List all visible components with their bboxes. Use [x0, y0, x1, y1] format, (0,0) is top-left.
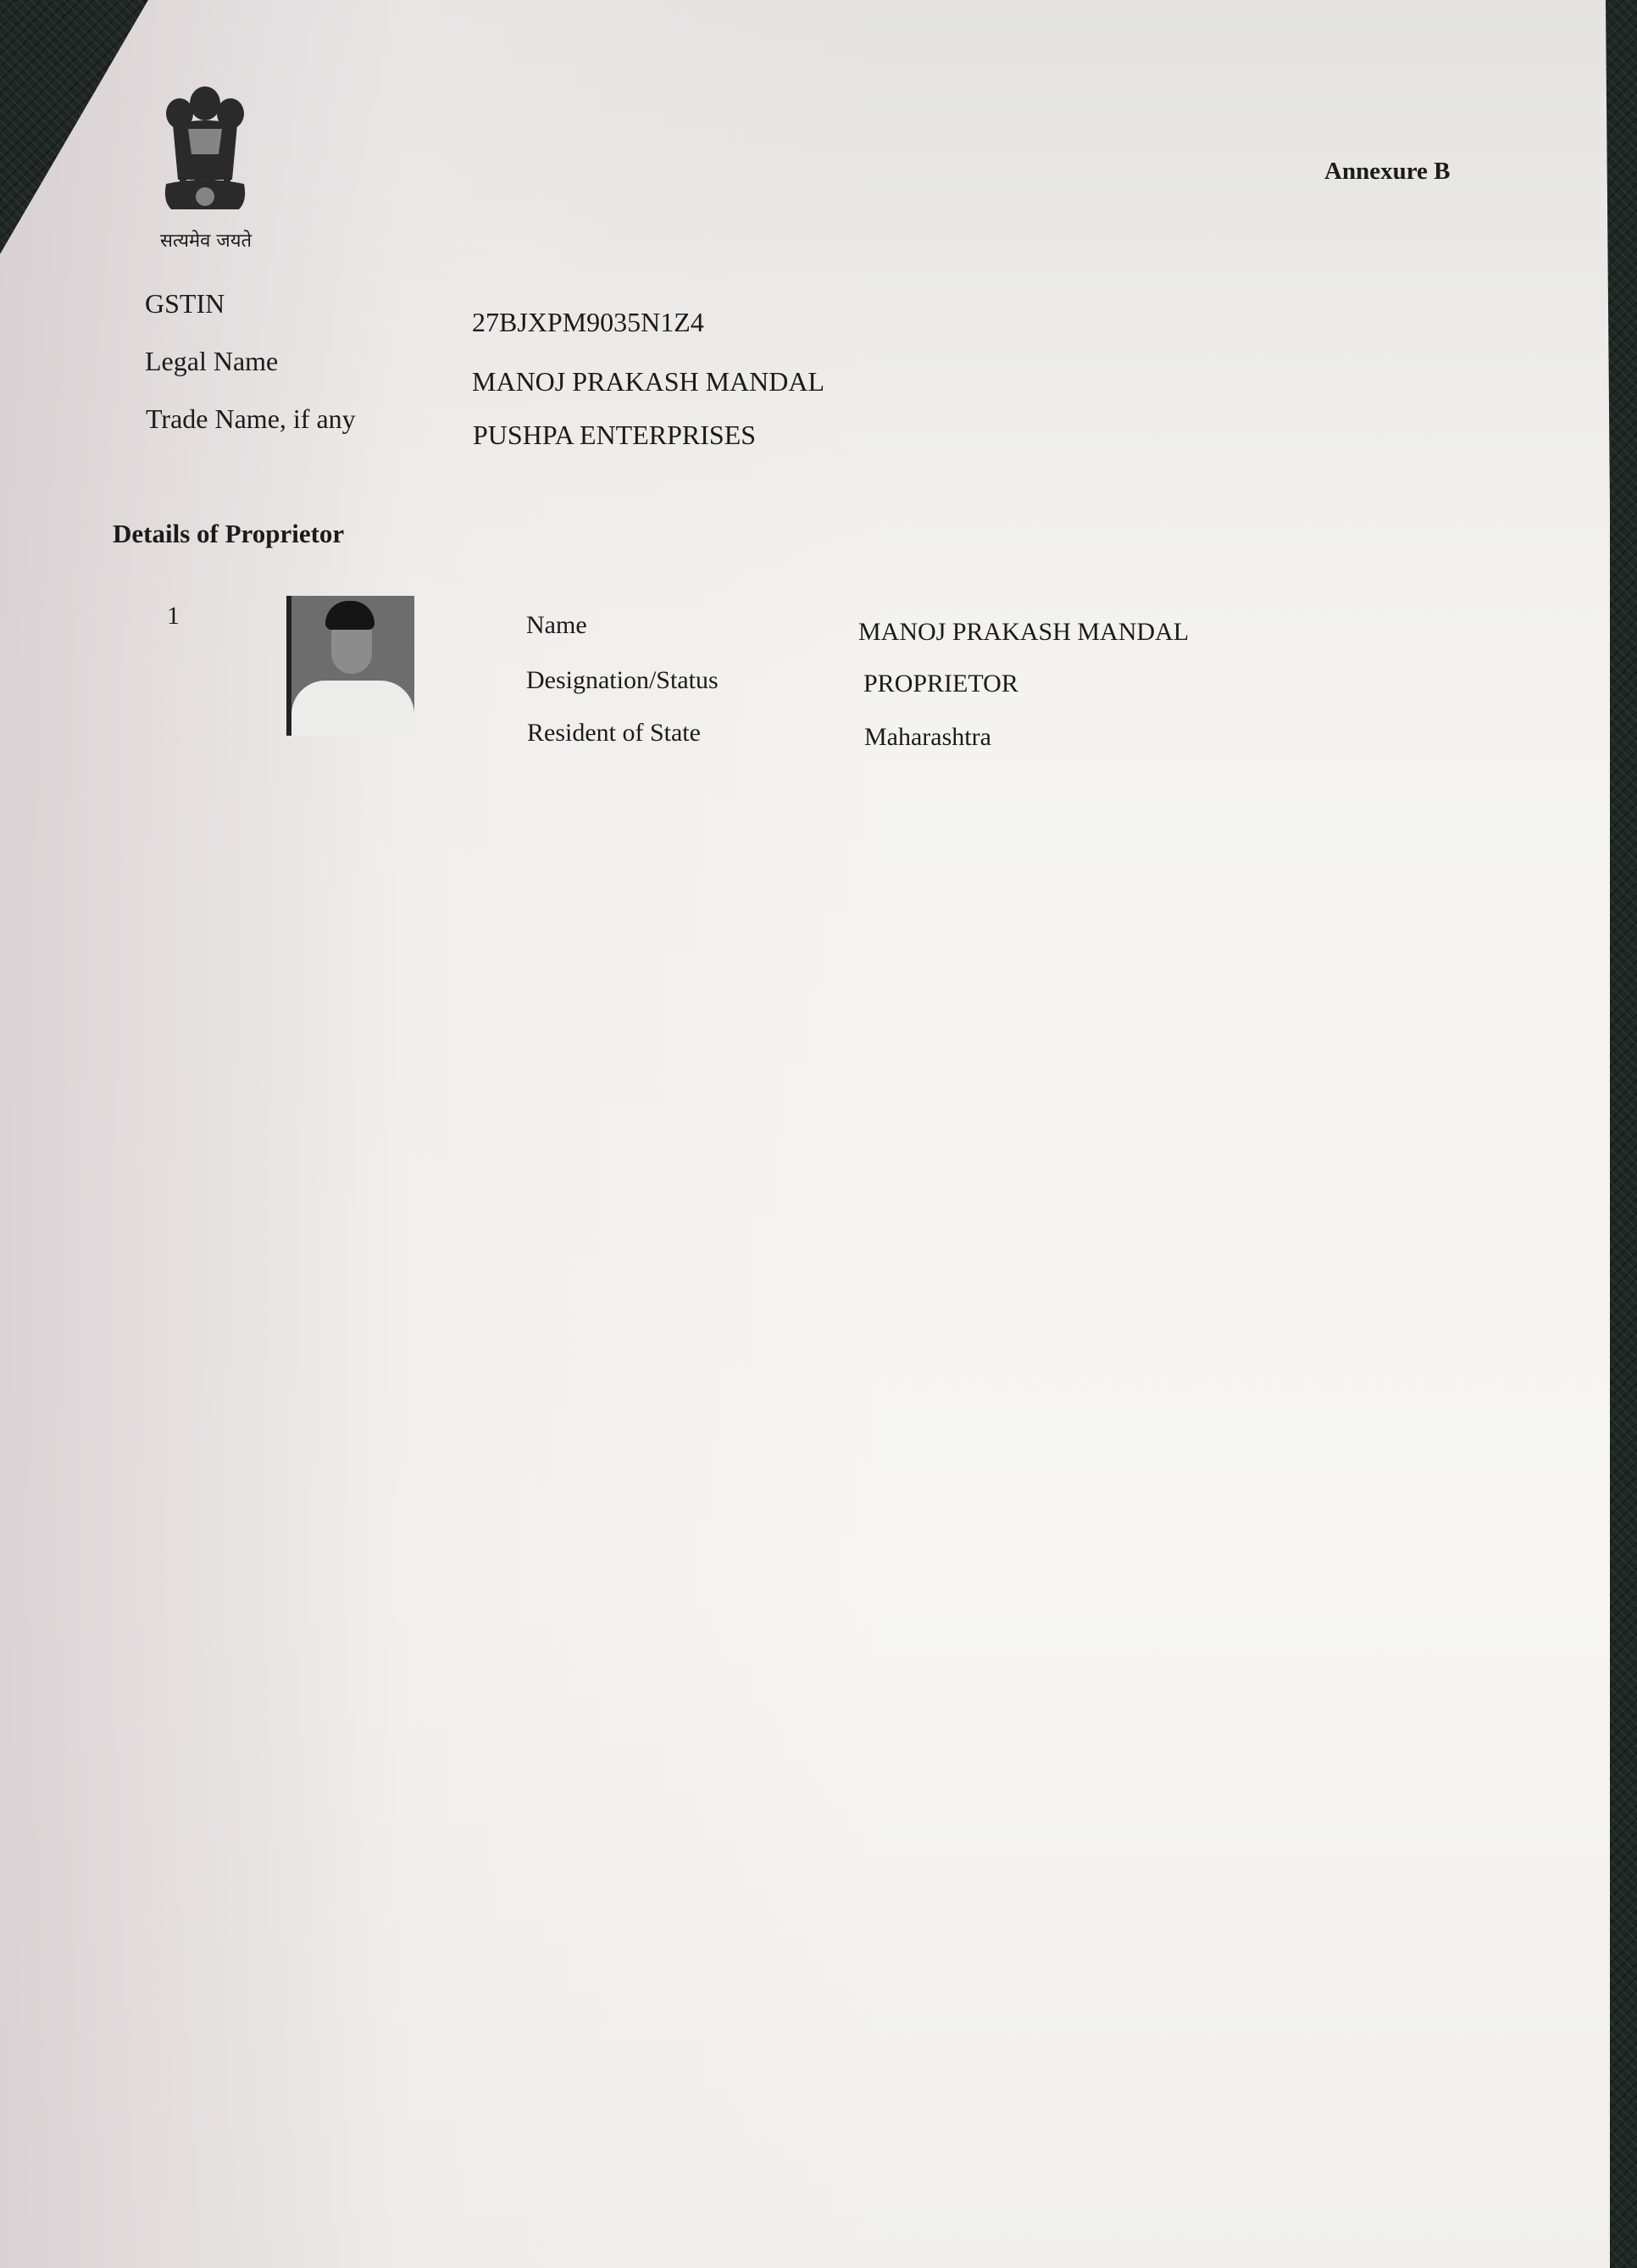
trade-name-label: Trade Name, if any	[146, 403, 356, 435]
trade-name-value: PUSHPA ENTERPRISES	[473, 420, 756, 451]
gstin-label: GSTIN	[145, 288, 225, 320]
emblem-motto: सत्यमेव जयते	[160, 227, 252, 253]
national-emblem-icon	[154, 78, 256, 222]
name-label: Name	[526, 611, 587, 640]
proprietor-section-heading: Details of Proprietor	[113, 519, 344, 549]
document-page: सत्यमेव जयते Annexure B GSTIN 27BJXPM903…	[0, 0, 1610, 2268]
annexure-label: Annexure B	[1324, 158, 1451, 186]
resident-state-label: Resident of State	[527, 719, 701, 748]
name-value: MANOJ PRAKASH MANDAL	[858, 618, 1189, 647]
legal-name-label: Legal Name	[145, 346, 278, 377]
gstin-value: 27BJXPM9035N1Z4	[472, 307, 704, 338]
designation-label: Designation/Status	[526, 666, 719, 695]
designation-value: PROPRIETOR	[863, 670, 1018, 698]
legal-name-value: MANOJ PRAKASH MANDAL	[472, 366, 824, 397]
proprietor-index: 1	[167, 602, 180, 631]
proprietor-photo	[286, 596, 414, 736]
resident-state-value: Maharashtra	[864, 723, 991, 752]
